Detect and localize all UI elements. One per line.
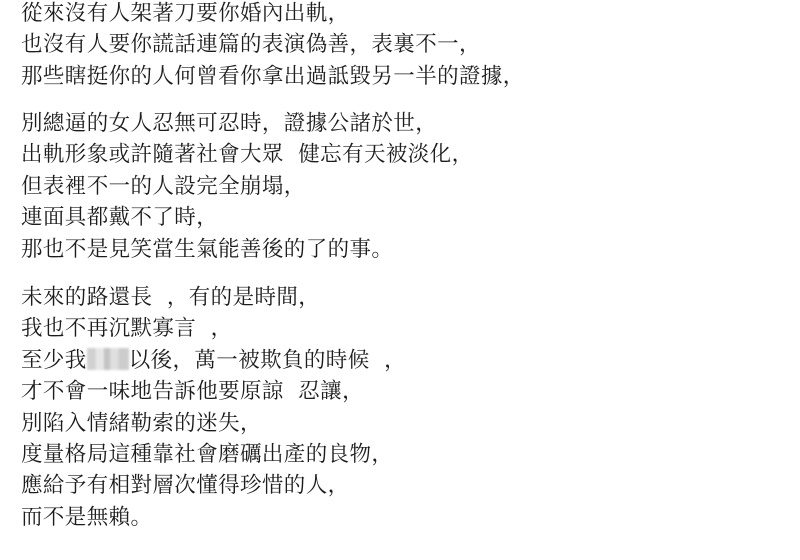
text-segment: 至少我 — [21, 348, 87, 373]
text-line: 我也不再沉默寡言 ， — [21, 313, 406, 344]
paragraph-2: 別總逼的女人忍無可忍時，證據公諸於世， 出軌形象或許隨著社會大眾 健忘有天被淡化… — [21, 108, 473, 265]
paragraph-3: 未來的路還長 ，有的是時間， 我也不再沉默寡言 ， 至少我以後，萬一被欺負的時候… — [21, 282, 406, 533]
text-segment: 以後，萬一被欺負的時候 ， — [129, 348, 406, 373]
text-line: 而不是無賴。 — [21, 502, 406, 533]
text-line: 應給予有相對層次懂得珍惜的人， — [21, 470, 406, 501]
text-line: 那也不是見笑當生氣能善後的了的事。 — [21, 234, 473, 265]
text-line: 別總逼的女人忍無可忍時，證據公諸於世， — [21, 108, 473, 139]
text-line: 才不會一味地告訴他要原諒 忍讓， — [21, 376, 406, 407]
text-line: 那些瞎挺你的人何曾看你拿出過詆毀另一半的證據， — [21, 61, 525, 92]
redacted-blur — [87, 348, 129, 370]
text-line: 但表裡不一的人設完全崩塌， — [21, 171, 473, 202]
text-line: 別陷入情緒勒索的迷失， — [21, 408, 406, 439]
text-line: 也沒有人要你謊話連篇的表演偽善，表裏不一， — [21, 29, 525, 60]
text-line: 出軌形象或許隨著社會大眾 健忘有天被淡化， — [21, 139, 473, 170]
paragraph-1: 從來沒有人架著刀要你婚內出軌， 也沒有人要你謊話連篇的表演偽善，表裏不一， 那些… — [21, 0, 525, 92]
text-line: 連面具都戴不了時， — [21, 202, 473, 233]
text-line: 度量格局這種靠社會磨礪出產的良物， — [21, 439, 406, 470]
text-line-with-redaction: 至少我以後，萬一被欺負的時候 ， — [21, 345, 406, 376]
text-line: 從來沒有人架著刀要你婚內出軌， — [21, 0, 525, 29]
text-line: 未來的路還長 ，有的是時間， — [21, 282, 406, 313]
